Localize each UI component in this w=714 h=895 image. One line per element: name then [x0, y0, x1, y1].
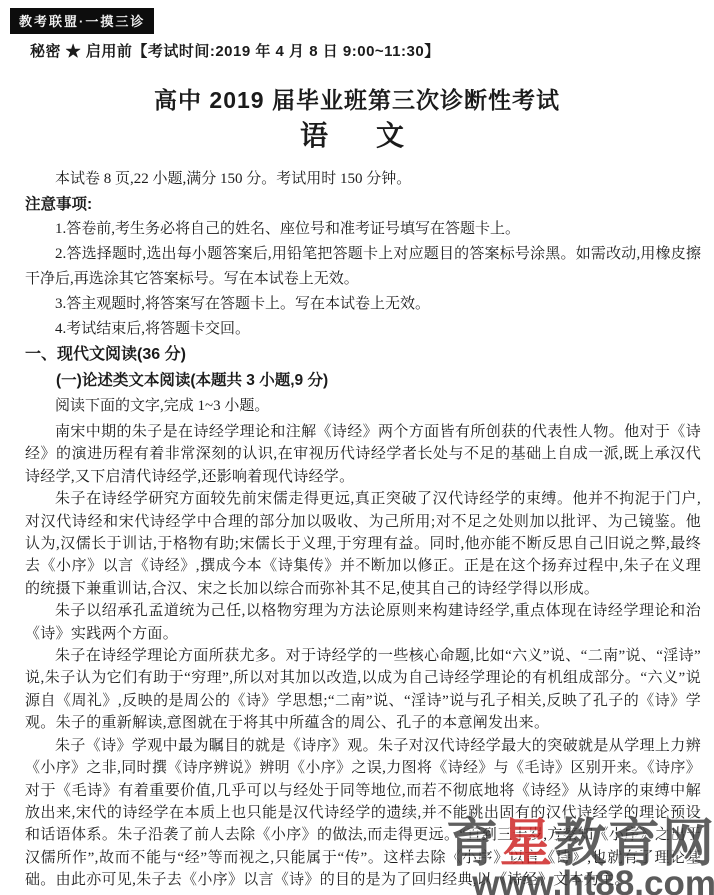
- subsection-heading-argumentative-text: (一)论述类文本阅读(本题共 3 小题,9 分): [25, 368, 701, 394]
- passage-paragraph-3: 朱子以绍承孔孟道统为己任,以格物穷理为方法论原则来构建诗经学,重点体现在诗经学理…: [25, 600, 701, 645]
- section-heading-modern-reading: 一、现代文阅读(36 分): [25, 342, 701, 368]
- exam-subject: 语 文: [0, 114, 714, 154]
- passage-paragraph-5: 朱子《诗》学观中最为瞩目的就是《诗序》观。朱子对汉代诗经学最大的突破就是从学理上…: [25, 735, 701, 892]
- notice-item-2: 2.答选择题时,选出每小题答案后,用铅笔把答题卡上对应题目的答案标号涂黑。如需改…: [25, 242, 701, 292]
- exam-info-line: 本试卷 8 页,22 小题,满分 150 分。考试用时 150 分钟。: [25, 167, 701, 192]
- notice-item-4: 4.考试结束后,将答题卡交回。: [25, 317, 701, 342]
- reading-instruction: 阅读下面的文字,完成 1~3 小题。: [25, 394, 701, 419]
- league-badge: 教考联盟·一摸三诊: [10, 8, 154, 34]
- notice-title: 注意事项:: [25, 192, 701, 217]
- notice-item-3: 3.答主观题时,将答案写在答题卡上。写在本试卷上无效。: [25, 292, 701, 317]
- exam-paper-page: 教考联盟·一摸三诊 秘密 ★ 启用前【考试时间:2019 年 4 月 8 日 9…: [0, 0, 714, 895]
- passage-paragraph-4: 朱子在诗经学理论方面所获尤多。对于诗经学的一些核心命题,比如“六义”说、“二南”…: [25, 645, 701, 735]
- passage-paragraph-2: 朱子在诗经学研究方面较先前宋儒走得更远,真正突破了汉代诗经学的束缚。他并不拘泥于…: [25, 488, 701, 600]
- exam-title: 高中 2019 届毕业班第三次诊断性考试: [0, 82, 714, 115]
- passage-paragraph-1: 南宋中期的朱子是在诗经学理论和注解《诗经》两个方面皆有所创获的代表性人物。他对于…: [25, 421, 701, 488]
- notice-item-1: 1.答卷前,考生务必将自己的姓名、座位号和准考证号填写在答题卡上。: [25, 217, 701, 242]
- reading-passage: 南宋中期的朱子是在诗经学理论和注解《诗经》两个方面皆有所创获的代表性人物。他对于…: [25, 421, 701, 892]
- security-exam-time-line: 秘密 ★ 启用前【考试时间:2019 年 4 月 8 日 9:00~11:30】: [30, 40, 440, 61]
- paper-body: 本试卷 8 页,22 小题,满分 150 分。考试用时 150 分钟。 注意事项…: [25, 167, 701, 892]
